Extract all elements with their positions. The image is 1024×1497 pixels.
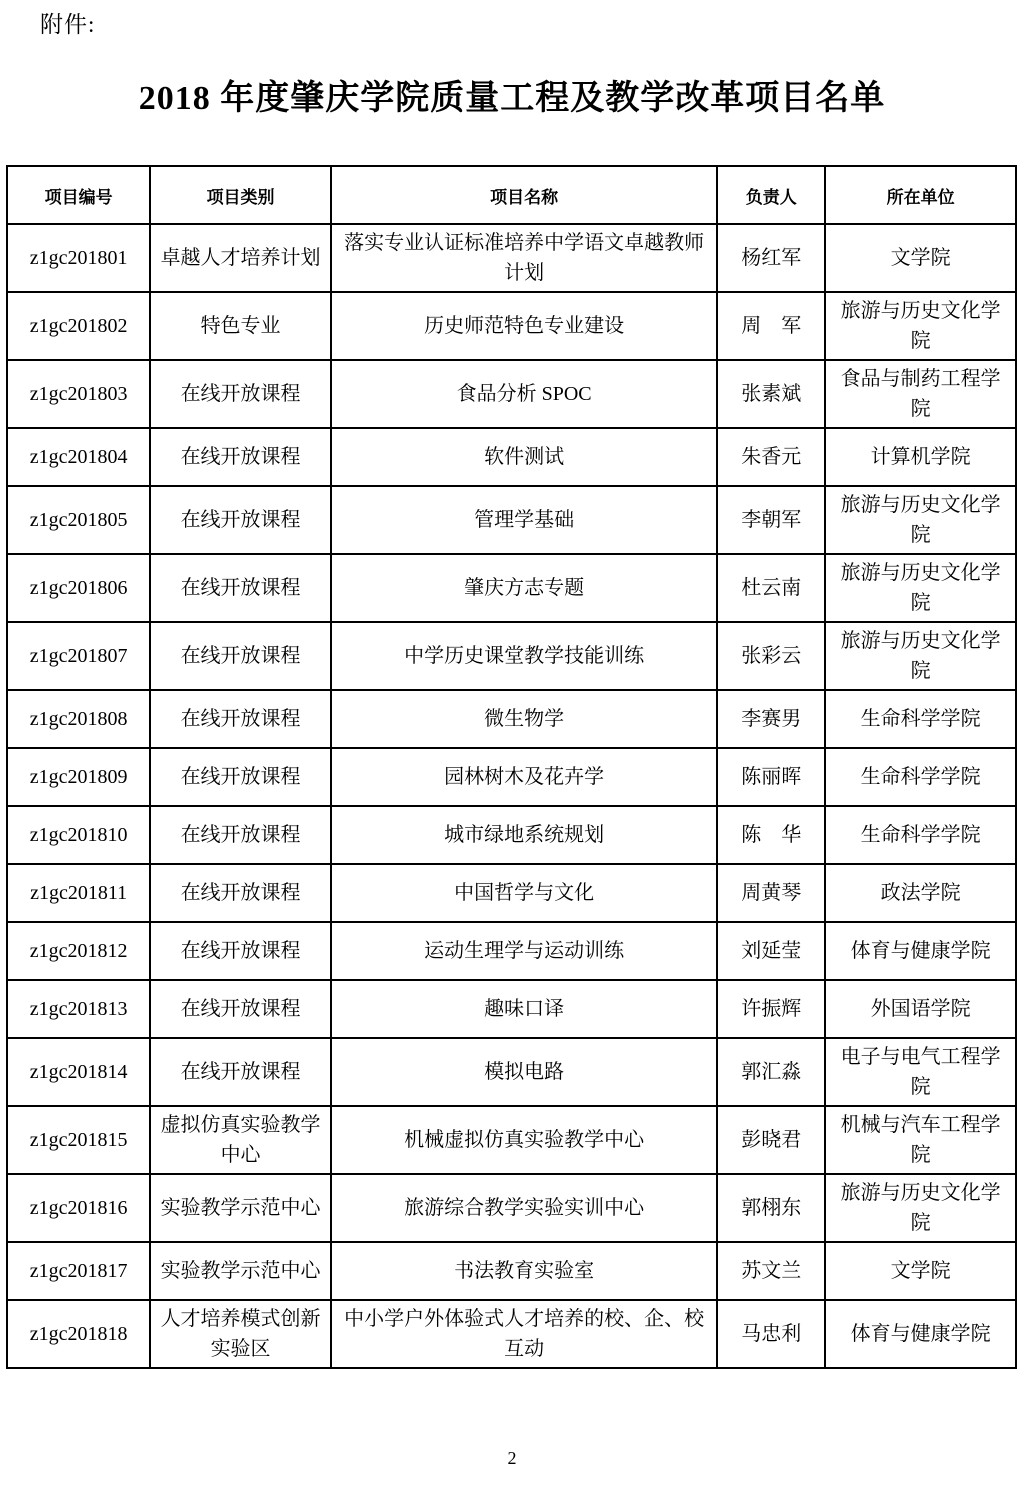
projects-table-container: 项目编号项目类别项目名称负责人所在单位 z1gc201801卓越人才培养计划落实… (6, 165, 1017, 1369)
cell-category: 在线开放课程 (150, 690, 331, 748)
cell-category: 实验教学示范中心 (150, 1242, 331, 1300)
cell-project-name: 机械虚拟仿真实验教学中心 (331, 1106, 717, 1174)
table-header: 项目编号项目类别项目名称负责人所在单位 (7, 166, 1016, 224)
document-page: 附件: 2018 年度肇庆学院质量工程及教学改革项目名单 项目编号项目类别项目名… (0, 0, 1024, 1497)
cell-leader: 郭汇淼 (717, 1038, 825, 1106)
cell-category: 虚拟仿真实验教学中心 (150, 1106, 331, 1174)
column-header: 所在单位 (825, 166, 1016, 224)
cell-unit: 生命科学学院 (825, 748, 1016, 806)
table-row: z1gc201804在线开放课程软件测试朱香元计算机学院 (7, 428, 1016, 486)
cell-project-name: 趣味口译 (331, 980, 717, 1038)
cell-project-name: 食品分析 SPOC (331, 360, 717, 428)
column-header: 项目类别 (150, 166, 331, 224)
cell-project-id: z1gc201818 (7, 1300, 150, 1368)
cell-unit: 旅游与历史文化学院 (825, 622, 1016, 690)
cell-leader: 刘延莹 (717, 922, 825, 980)
cell-category: 在线开放课程 (150, 1038, 331, 1106)
cell-category: 在线开放课程 (150, 806, 331, 864)
table-row: z1gc201808在线开放课程微生物学李赛男生命科学学院 (7, 690, 1016, 748)
cell-project-id: z1gc201817 (7, 1242, 150, 1300)
page-number: 2 (0, 1448, 1024, 1469)
cell-category: 卓越人才培养计划 (150, 224, 331, 292)
cell-project-name: 中小学户外体验式人才培养的校、企、校互动 (331, 1300, 717, 1368)
cell-project-name: 城市绿地系统规划 (331, 806, 717, 864)
table-body: z1gc201801卓越人才培养计划落实专业认证标准培养中学语文卓越教师计划杨红… (7, 224, 1016, 1368)
cell-leader: 张素斌 (717, 360, 825, 428)
cell-category: 在线开放课程 (150, 554, 331, 622)
cell-project-name: 中学历史课堂教学技能训练 (331, 622, 717, 690)
table-row: z1gc201802特色专业历史师范特色专业建设周 军旅游与历史文化学院 (7, 292, 1016, 360)
cell-leader: 陈 华 (717, 806, 825, 864)
cell-unit: 文学院 (825, 224, 1016, 292)
cell-unit: 旅游与历史文化学院 (825, 554, 1016, 622)
cell-unit: 生命科学学院 (825, 806, 1016, 864)
cell-category: 在线开放课程 (150, 980, 331, 1038)
cell-category: 在线开放课程 (150, 922, 331, 980)
cell-project-name: 书法教育实验室 (331, 1242, 717, 1300)
cell-project-id: z1gc201813 (7, 980, 150, 1038)
cell-category: 在线开放课程 (150, 622, 331, 690)
cell-project-id: z1gc201803 (7, 360, 150, 428)
cell-leader: 李赛男 (717, 690, 825, 748)
table-row: z1gc201812在线开放课程运动生理学与运动训练刘延莹体育与健康学院 (7, 922, 1016, 980)
cell-leader: 许振辉 (717, 980, 825, 1038)
cell-unit: 体育与健康学院 (825, 922, 1016, 980)
cell-project-name: 肇庆方志专题 (331, 554, 717, 622)
cell-project-name: 微生物学 (331, 690, 717, 748)
cell-category: 在线开放课程 (150, 748, 331, 806)
cell-unit: 旅游与历史文化学院 (825, 1174, 1016, 1242)
cell-project-name: 模拟电路 (331, 1038, 717, 1106)
cell-unit: 体育与健康学院 (825, 1300, 1016, 1368)
cell-project-id: z1gc201816 (7, 1174, 150, 1242)
table-row: z1gc201809在线开放课程园林树木及花卉学陈丽晖生命科学学院 (7, 748, 1016, 806)
cell-project-id: z1gc201812 (7, 922, 150, 980)
cell-category: 特色专业 (150, 292, 331, 360)
column-header: 负责人 (717, 166, 825, 224)
table-row: z1gc201803在线开放课程食品分析 SPOC张素斌食品与制药工程学院 (7, 360, 1016, 428)
cell-project-name: 中国哲学与文化 (331, 864, 717, 922)
cell-unit: 外国语学院 (825, 980, 1016, 1038)
column-header: 项目编号 (7, 166, 150, 224)
cell-project-id: z1gc201802 (7, 292, 150, 360)
cell-project-name: 软件测试 (331, 428, 717, 486)
cell-category: 人才培养模式创新实验区 (150, 1300, 331, 1368)
table-row: z1gc201818人才培养模式创新实验区中小学户外体验式人才培养的校、企、校互… (7, 1300, 1016, 1368)
cell-category: 在线开放课程 (150, 428, 331, 486)
cell-leader: 杨红军 (717, 224, 825, 292)
cell-category: 在线开放课程 (150, 486, 331, 554)
table-row: z1gc201807在线开放课程中学历史课堂教学技能训练张彩云旅游与历史文化学院 (7, 622, 1016, 690)
cell-leader: 马忠利 (717, 1300, 825, 1368)
cell-leader: 苏文兰 (717, 1242, 825, 1300)
page-title: 2018 年度肇庆学院质量工程及教学改革项目名单 (0, 70, 1024, 119)
table-row: z1gc201811在线开放课程中国哲学与文化周黄琴政法学院 (7, 864, 1016, 922)
cell-leader: 郭栩东 (717, 1174, 825, 1242)
cell-unit: 生命科学学院 (825, 690, 1016, 748)
cell-leader: 周 军 (717, 292, 825, 360)
cell-project-name: 落实专业认证标准培养中学语文卓越教师计划 (331, 224, 717, 292)
projects-table: 项目编号项目类别项目名称负责人所在单位 z1gc201801卓越人才培养计划落实… (6, 165, 1017, 1369)
cell-project-name: 旅游综合教学实验实训中心 (331, 1174, 717, 1242)
cell-project-id: z1gc201810 (7, 806, 150, 864)
cell-category: 在线开放课程 (150, 360, 331, 428)
table-row: z1gc201814在线开放课程模拟电路郭汇淼电子与电气工程学院 (7, 1038, 1016, 1106)
cell-leader: 陈丽晖 (717, 748, 825, 806)
table-row: z1gc201816实验教学示范中心旅游综合教学实验实训中心郭栩东旅游与历史文化… (7, 1174, 1016, 1242)
cell-unit: 旅游与历史文化学院 (825, 292, 1016, 360)
cell-project-id: z1gc201809 (7, 748, 150, 806)
cell-project-id: z1gc201801 (7, 224, 150, 292)
cell-project-name: 园林树木及花卉学 (331, 748, 717, 806)
table-row: z1gc201801卓越人才培养计划落实专业认证标准培养中学语文卓越教师计划杨红… (7, 224, 1016, 292)
table-row: z1gc201815虚拟仿真实验教学中心机械虚拟仿真实验教学中心彭晓君机械与汽车… (7, 1106, 1016, 1174)
cell-project-id: z1gc201804 (7, 428, 150, 486)
cell-leader: 张彩云 (717, 622, 825, 690)
header-row: 项目编号项目类别项目名称负责人所在单位 (7, 166, 1016, 224)
cell-leader: 彭晓君 (717, 1106, 825, 1174)
attachment-label: 附件: (40, 6, 95, 39)
cell-project-name: 历史师范特色专业建设 (331, 292, 717, 360)
cell-unit: 政法学院 (825, 864, 1016, 922)
cell-unit: 文学院 (825, 1242, 1016, 1300)
cell-leader: 朱香元 (717, 428, 825, 486)
cell-unit: 电子与电气工程学院 (825, 1038, 1016, 1106)
cell-leader: 杜云南 (717, 554, 825, 622)
cell-project-name: 运动生理学与运动训练 (331, 922, 717, 980)
cell-unit: 机械与汽车工程学院 (825, 1106, 1016, 1174)
column-header: 项目名称 (331, 166, 717, 224)
cell-category: 在线开放课程 (150, 864, 331, 922)
table-row: z1gc201817实验教学示范中心书法教育实验室苏文兰文学院 (7, 1242, 1016, 1300)
table-row: z1gc201813在线开放课程趣味口译许振辉外国语学院 (7, 980, 1016, 1038)
cell-category: 实验教学示范中心 (150, 1174, 331, 1242)
cell-project-id: z1gc201808 (7, 690, 150, 748)
cell-project-id: z1gc201805 (7, 486, 150, 554)
cell-project-id: z1gc201814 (7, 1038, 150, 1106)
cell-project-id: z1gc201807 (7, 622, 150, 690)
cell-leader: 周黄琴 (717, 864, 825, 922)
cell-project-id: z1gc201811 (7, 864, 150, 922)
table-row: z1gc201805在线开放课程管理学基础李朝军旅游与历史文化学院 (7, 486, 1016, 554)
cell-project-id: z1gc201815 (7, 1106, 150, 1174)
cell-project-id: z1gc201806 (7, 554, 150, 622)
table-row: z1gc201806在线开放课程肇庆方志专题杜云南旅游与历史文化学院 (7, 554, 1016, 622)
cell-project-name: 管理学基础 (331, 486, 717, 554)
cell-unit: 食品与制药工程学院 (825, 360, 1016, 428)
cell-leader: 李朝军 (717, 486, 825, 554)
cell-unit: 旅游与历史文化学院 (825, 486, 1016, 554)
table-row: z1gc201810在线开放课程城市绿地系统规划陈 华生命科学学院 (7, 806, 1016, 864)
cell-unit: 计算机学院 (825, 428, 1016, 486)
